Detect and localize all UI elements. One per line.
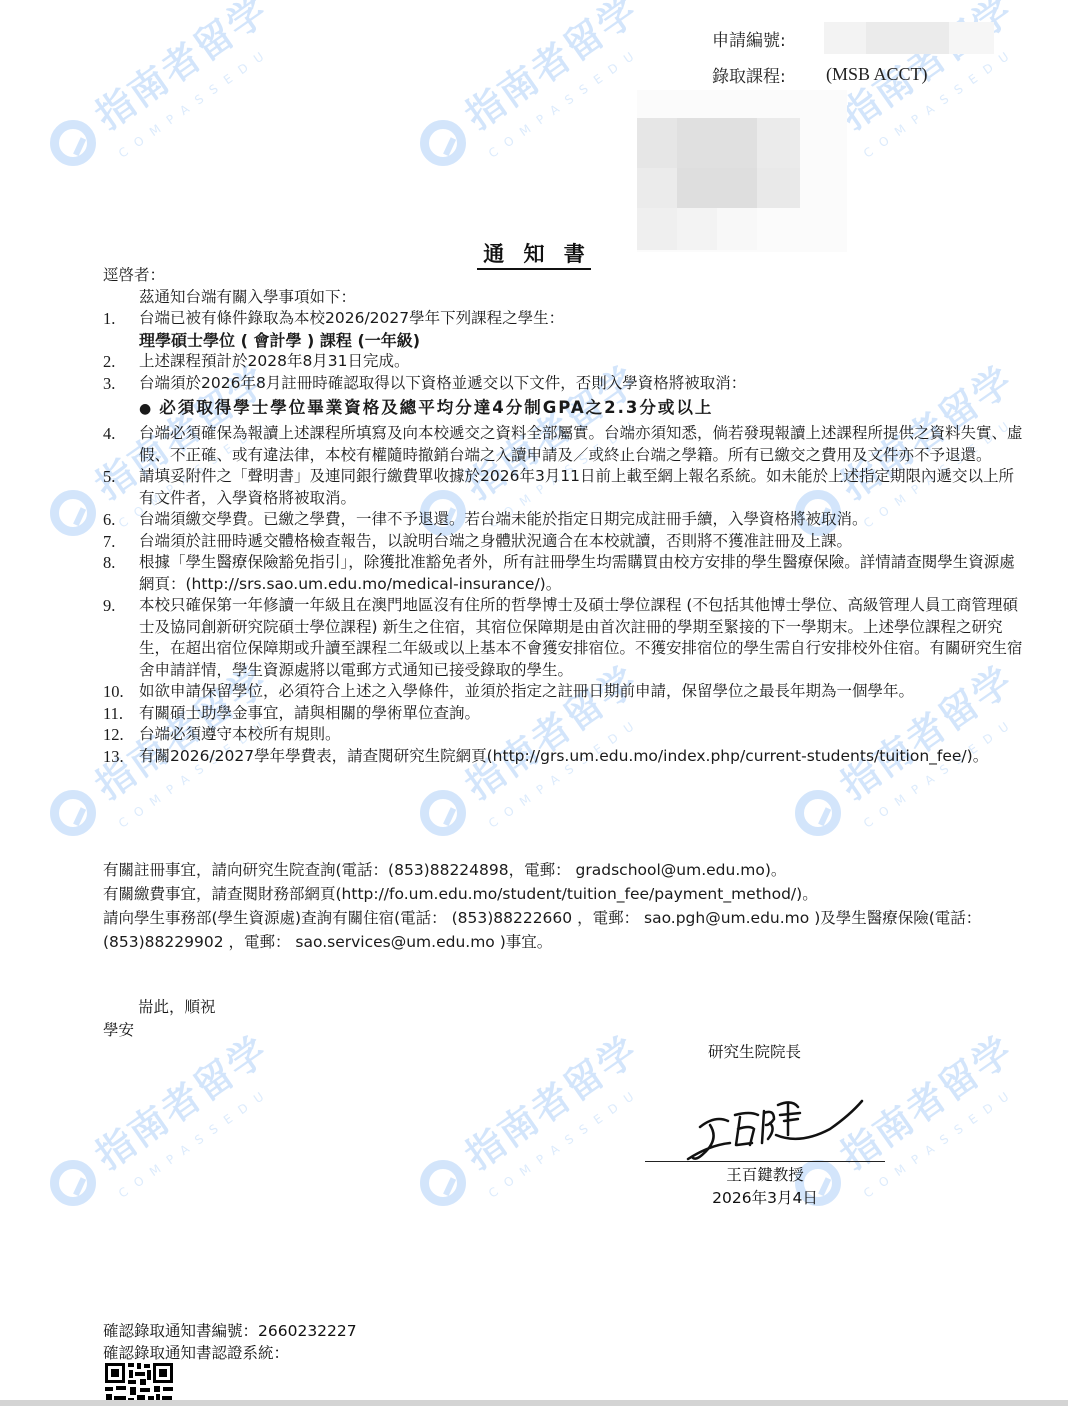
program-code: (MSB ACCT) (824, 64, 928, 85)
compassedu-logo-icon (50, 490, 96, 536)
application-number-row: 申請編號: (712, 20, 994, 56)
compassedu-logo-icon (795, 790, 841, 836)
compassedu-logo-icon (420, 120, 466, 166)
verification-system-label: 確認錄取通知書認證系統： (103, 1342, 357, 1364)
list-item: 4. 台端必須確保為報讀上述課程所填寫及向本校遞交之資料全部屬實。台端亦須知悉，… (103, 423, 1023, 466)
confirmation-number-value: 2660232227 (258, 1322, 357, 1340)
signature-date: 2026年3月4日 (645, 1186, 885, 1208)
list-item: 2. 上述課程預計於2028年8月31日完成。 (103, 351, 1023, 373)
watermark: 指南者留学 COMPASSEDU (40, 1070, 300, 1240)
list-item: 3. 台端須於2026年8月註冊時確認取得以下資格並遞交以下文件，否則入學資格將… (103, 373, 1023, 395)
list-item: 12. 台端必須遵守本校所有規則。 (103, 724, 1023, 746)
document-header: 申請編號: 錄取課程: (MSB ACCT) (712, 20, 994, 92)
confirmation-number-row: 確認錄取通知書編號：2660232227 (103, 1320, 357, 1342)
contact-info: 有關註冊事宜，請向研究生院查詢(電話：(853)88224898，電郵： gra… (103, 858, 1003, 954)
bullet-icon: ● (139, 401, 153, 417)
watermark: 指南者留学 COMPASSEDU (410, 30, 670, 200)
document-title: 通 知 書 (0, 238, 1068, 268)
list-item: 8. 根據「學生醫療保險豁免指引」，除獲批准豁免者外，所有註冊學生均需購買由校方… (103, 552, 1023, 595)
list-item: 11. 有關碩士助學金事宜，請與相關的學術單位查詢。 (103, 703, 1023, 725)
list-item: 1. 台端已被有條件錄取為本校2026/2027學年下列課程之學生： (103, 308, 1023, 330)
confirmation-number-label: 確認錄取通知書編號： (103, 1322, 258, 1340)
application-number-redacted (824, 22, 994, 54)
list-item: 10. 如欲申請保留學位，必須符合上述之入學條件，並須於指定之註冊日期前申請，保… (103, 681, 1023, 703)
accommodation-insurance-contact: 請向學生事務部(學生資源處)查詢有關住宿(電話： (853)88222660 ，… (103, 906, 1003, 954)
program-label: 錄取課程: (712, 62, 824, 87)
compassedu-logo-icon (50, 1160, 96, 1206)
signer-title: 研究生院院長 (708, 1040, 801, 1062)
list-item: 9. 本校只確保第一年修讀一年級且在澳門地區沒有住所的哲學博士及碩士學位課程 (… (103, 595, 1023, 681)
closing-line: 耑此，順祝 (138, 995, 216, 1017)
notice-body: 逕啓者： 茲通知台端有關入學事項如下： 1. 台端已被有條件錄取為本校2026/… (103, 265, 1023, 767)
course-name: 理學碩士學位 ( 會計學 ) 課程 (一年級) (139, 330, 1023, 352)
list-item: 5. 請填妥附件之「聲明書」及連同銀行繳費單收據於2026年3月11日前上載至網… (103, 466, 1023, 509)
watermark: 指南者留学 COMPASSEDU (40, 30, 300, 200)
compassedu-logo-icon (420, 1160, 466, 1206)
admission-notice-page: 指南者留学 COMPASSEDU 指南者留学 COMPASSEDU 指南者留学 … (0, 0, 1068, 1406)
compassedu-logo-icon (50, 790, 96, 836)
list-item: 6. 台端須繳交學費。已繳之學費，一律不予退還。若台端未能於指定日期完成註冊手續… (103, 509, 1023, 531)
handwritten-signature (680, 1085, 870, 1165)
intro-text: 茲通知台端有關入學事項如下： (139, 287, 1023, 309)
list-item: 13. 有關2026/2027學年學費表，請查閱研究生院網頁(http://gr… (103, 746, 1023, 768)
list-item: 7. 台端須於註冊時遞交體格檢查報告，以說明台端之身體狀況適合在本校就讀，否則將… (103, 531, 1023, 553)
compassedu-logo-icon (50, 120, 96, 166)
registration-contact: 有關註冊事宜，請向研究生院查詢(電話：(853)88224898，電郵： gra… (103, 858, 1003, 882)
recipient-address-redacted (637, 90, 847, 252)
signature-line (645, 1161, 885, 1162)
closing-regards: 學安 (103, 1018, 134, 1040)
admission-condition: ●必須取得學士學位畢業資格及總平均分達4分制GPA之2.3分或以上 (139, 394, 1023, 423)
program-row: 錄取課程: (MSB ACCT) (712, 56, 994, 92)
salutation: 逕啓者： (103, 265, 1023, 287)
payment-contact: 有關繳費事宜，請查閱財務部網頁(http://fo.um.edu.mo/stud… (103, 882, 1003, 906)
application-number-label: 申請編號: (712, 26, 824, 51)
confirmation-info: 確認錄取通知書編號：2660232227 確認錄取通知書認證系統： (103, 1320, 357, 1364)
page-bottom-edge (0, 1400, 1068, 1406)
signer-name: 王百鍵教授 (645, 1163, 885, 1185)
compassedu-logo-icon (420, 790, 466, 836)
watermark: 指南者留学 COMPASSEDU (410, 1070, 670, 1240)
